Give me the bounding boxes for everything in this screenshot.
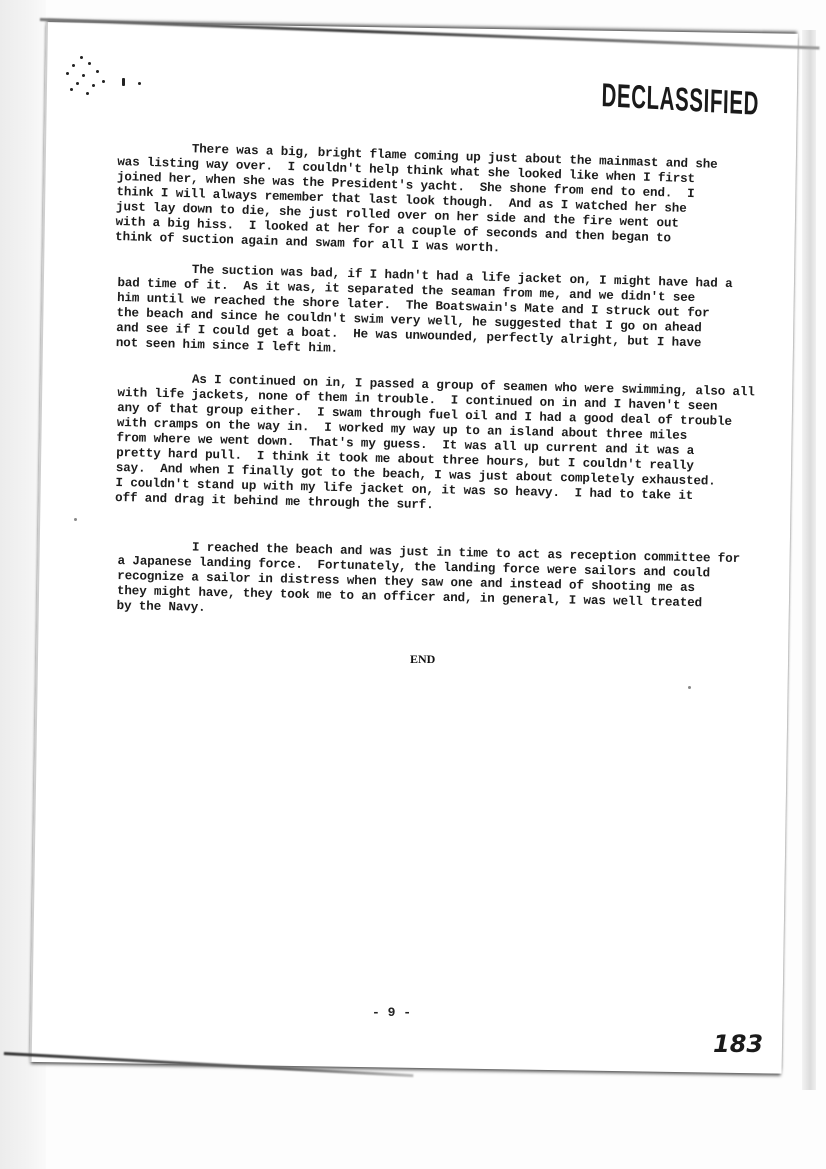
page-number: - 9 - — [372, 1005, 411, 1020]
scan-speck — [688, 686, 691, 689]
paragraph-3: As I continued on in, I passed a group o… — [115, 371, 798, 521]
paragraph-2: The suction was bad, if I hadn't had a l… — [116, 261, 798, 369]
paragraph-4: I reached the beach and was just in time… — [116, 539, 797, 628]
paragraph-1: There was a big, bright flame coming up … — [115, 140, 798, 265]
scan-speck — [74, 518, 77, 521]
document-number: 183 — [713, 1030, 763, 1058]
scan-right-edge — [802, 30, 816, 1090]
speckle-mark — [62, 52, 162, 100]
end-mark: END — [410, 652, 435, 667]
